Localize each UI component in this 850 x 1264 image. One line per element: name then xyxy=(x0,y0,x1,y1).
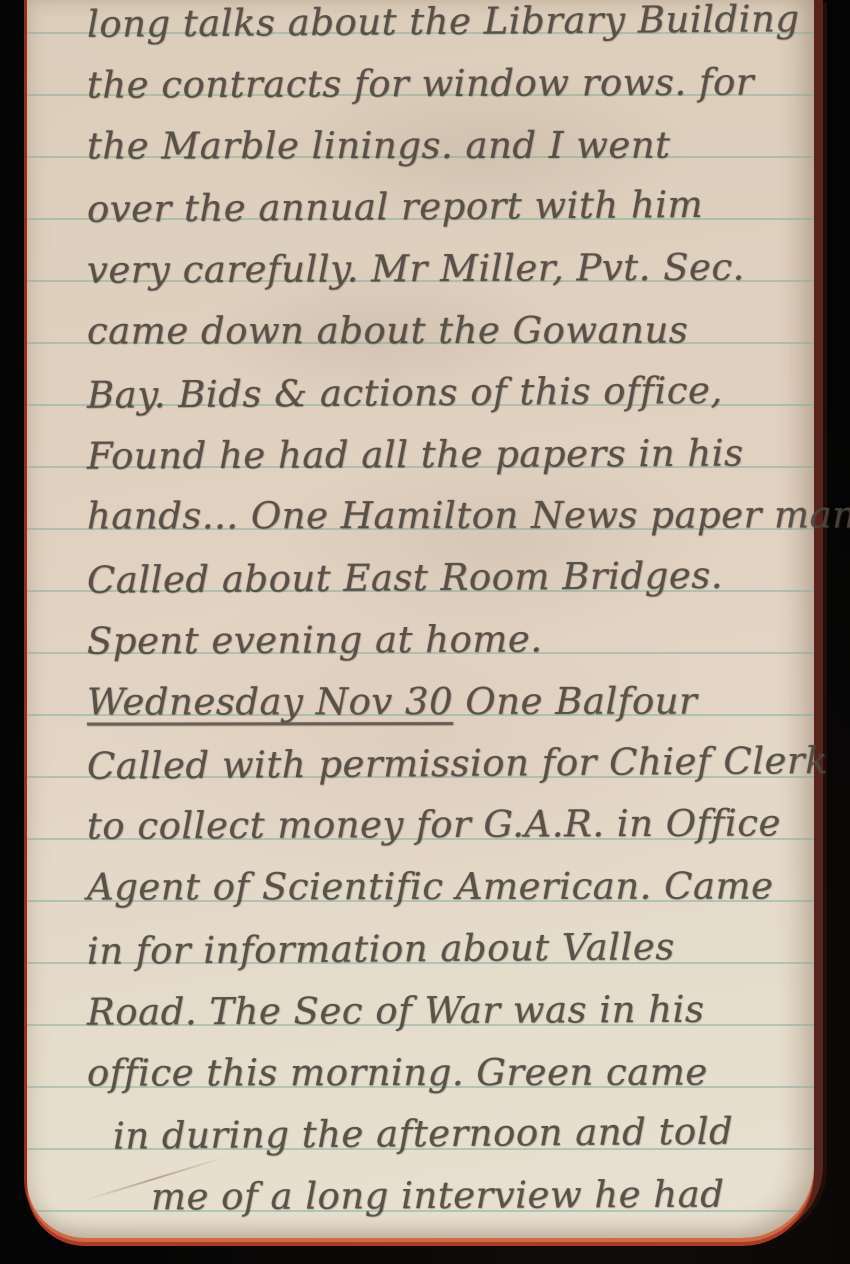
handwriting-underlined-text: Wednesday Nov 30 xyxy=(87,680,453,724)
handwriting-text: the contracts for window rows. for xyxy=(87,60,754,106)
handwriting-text: Spent evening at home. xyxy=(87,618,543,663)
handwriting-line: very carefully. Mr Miller, Pvt. Sec. xyxy=(87,237,800,302)
handwriting-text: office this morning. Green came xyxy=(87,1050,708,1094)
handwriting-text: in for information about Valles xyxy=(87,925,675,973)
handwriting-line: office this morning. Green came xyxy=(87,1041,800,1104)
handwriting-line: Wednesday Nov 30 One Balfour xyxy=(87,670,800,733)
handwriting-line: in for information about Valles xyxy=(87,915,800,982)
handwriting-lines: long talks about the Library Buildingthe… xyxy=(27,0,814,1227)
handwriting-line: Agent of Scientific American. Came xyxy=(87,856,800,919)
notebook-page: long talks about the Library Buildingthe… xyxy=(27,0,814,1238)
handwriting-line: the contracts for window rows. for xyxy=(87,51,800,116)
handwriting-text: hands... One Hamilton News paper man xyxy=(87,494,850,538)
handwriting-text: the Marble linings. and I went xyxy=(87,123,671,167)
handwriting-text: long talks about the Library Building xyxy=(87,0,800,46)
handwriting-text: Bay. Bids & actions of this office, xyxy=(87,369,723,417)
handwriting-line: me of a long interview he had xyxy=(87,1163,800,1228)
handwriting-line: came down about the Gowanus xyxy=(87,299,800,362)
handwriting-text: Called with permission for Chief Clerk xyxy=(87,739,828,788)
handwriting-text: came down about the Gowanus xyxy=(87,309,688,353)
handwriting-line: Spent evening at home. xyxy=(87,607,800,672)
handwriting-line: Called with permission for Chief Clerk xyxy=(87,730,800,797)
handwriting-line: long talks about the Library Building xyxy=(87,0,800,56)
handwriting-line: to collect money for G.A.R. in Office xyxy=(87,793,800,858)
handwriting-text: Called about East Room Bridges. xyxy=(87,554,723,602)
handwriting-line: Called about East Room Bridges. xyxy=(87,544,800,611)
handwriting-line: over the annual report with him xyxy=(87,174,800,241)
handwriting-line: Bay. Bids & actions of this office, xyxy=(87,359,800,426)
handwriting-text: Road. The Sec of War was in his xyxy=(87,988,705,1034)
handwriting-text: in during the afternoon and told xyxy=(113,1110,734,1158)
handwriting-text: to collect money for G.A.R. in Office xyxy=(87,802,781,848)
handwriting-text: Found he had all the papers in his xyxy=(87,431,744,477)
handwriting-text: very carefully. Mr Miller, Pvt. Sec. xyxy=(87,246,745,292)
handwriting-line: in during the afternoon and told xyxy=(87,1101,800,1168)
handwriting-text: Agent of Scientific American. Came xyxy=(87,865,774,909)
handwriting-text: One Balfour xyxy=(453,679,697,722)
handwriting-text: over the annual report with him xyxy=(87,183,703,231)
handwriting-text: me of a long interview he had xyxy=(151,1173,725,1219)
handwriting-line: Found he had all the papers in his xyxy=(87,422,800,487)
handwriting-line: hands... One Hamilton News paper man xyxy=(87,485,800,548)
handwriting-line: the Marble linings. and I went xyxy=(87,114,800,177)
photo-background: long talks about the Library Buildingthe… xyxy=(0,0,850,1264)
handwriting-line: Road. The Sec of War was in his xyxy=(87,978,800,1043)
